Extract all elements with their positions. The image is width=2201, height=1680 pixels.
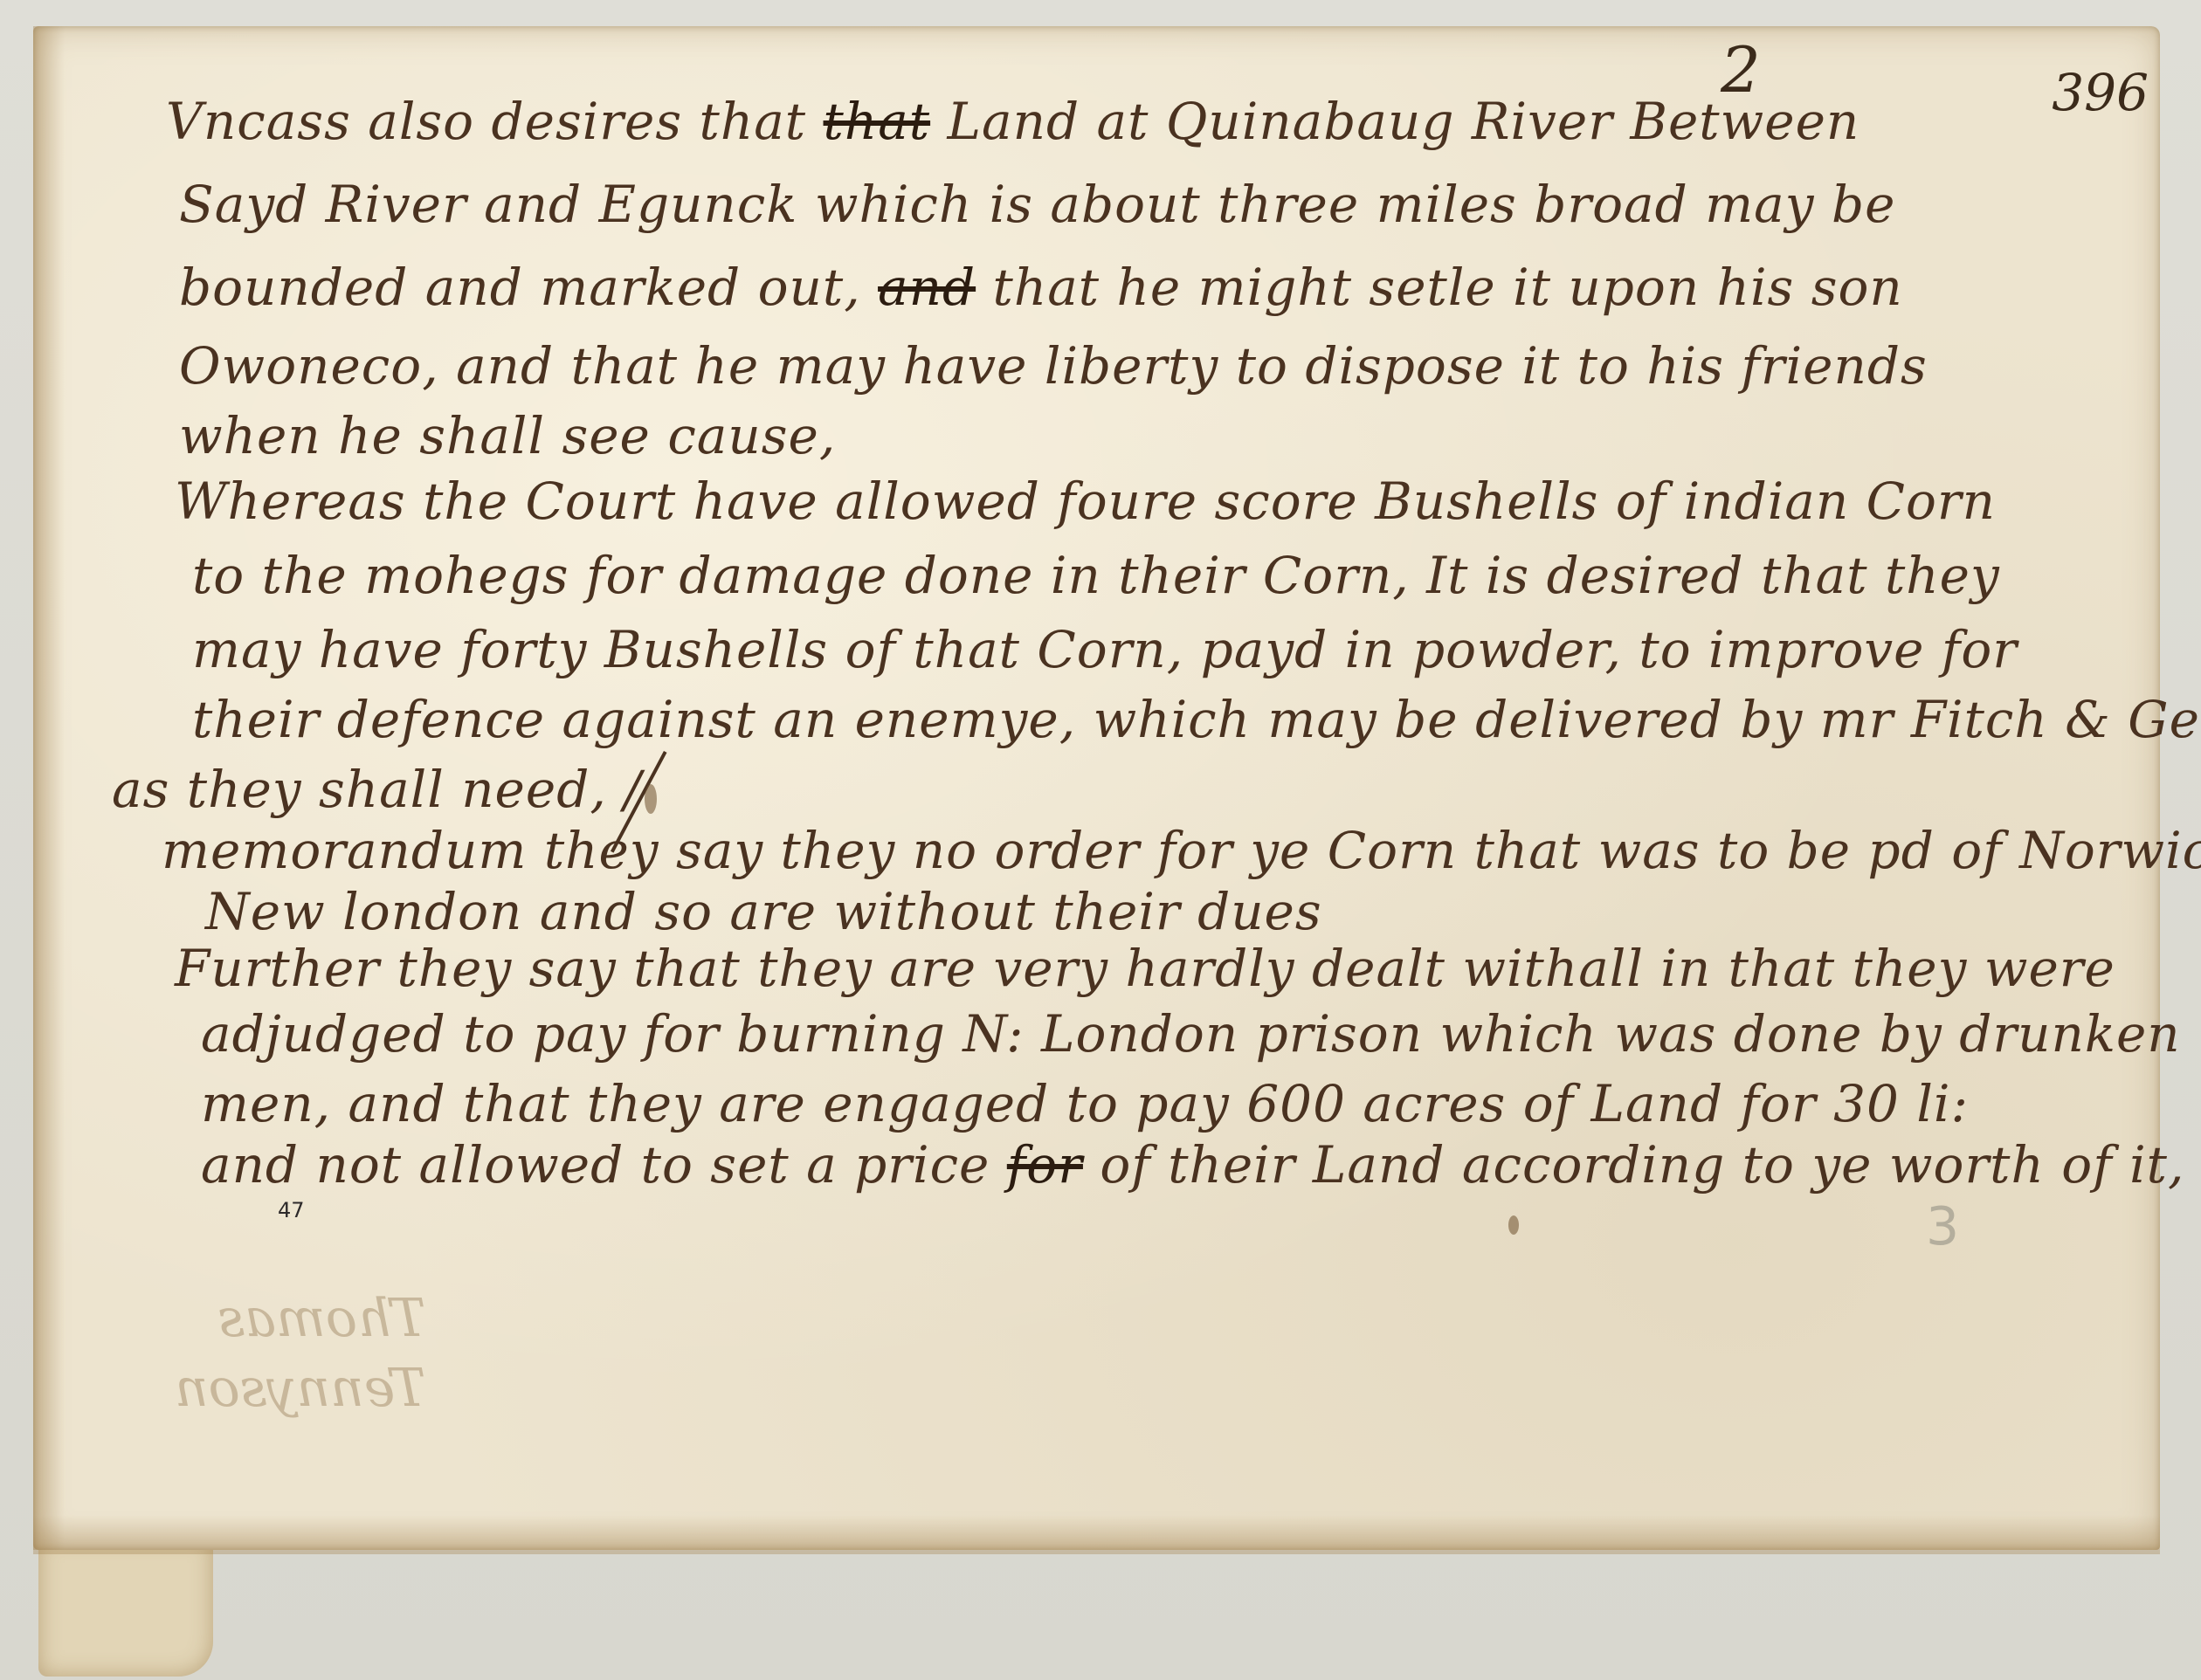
manuscript-line: their defence against an enemye, which m… — [192, 690, 2201, 749]
manuscript-line: Sayd River and Egunck which is about thr… — [179, 175, 1895, 234]
manuscript-line: when he shall see cause, — [179, 406, 836, 465]
struck-word: and — [878, 258, 976, 317]
manuscript-line: Whereas the Court have allowed foure sco… — [175, 472, 1996, 531]
manuscript-line: memorandum they say they no order for ye… — [162, 821, 2201, 880]
manuscript-line: Vncass also desires that that Land at Qu… — [166, 92, 1859, 151]
struck-word: for — [1007, 1135, 1083, 1195]
manuscript-line: Owoneco, and that he may have liberty to… — [179, 336, 1928, 396]
manuscript-line: New london and so are without their dues — [205, 882, 1322, 941]
manuscript-line: bounded and marked out, and that he migh… — [179, 258, 1903, 317]
pencil-mark: 3 — [1926, 1196, 1959, 1257]
struck-word: that — [824, 92, 931, 151]
manuscript-line: may have forty Bushells of that Corn, pa… — [192, 620, 2018, 679]
manuscript-text: Vncass also desires that that Land at Qu… — [0, 0, 2201, 1680]
manuscript-line: adjudged to pay for burning N: London pr… — [201, 1004, 2181, 1064]
manuscript-line: to the mohegs for damage done in their C… — [192, 546, 2000, 605]
manuscript-line: and not allowed to set a price for of th… — [201, 1135, 2184, 1195]
manuscript-line: Further they say that they are very hard… — [175, 939, 2115, 998]
ink-blot — [645, 784, 657, 814]
manuscript-line: men, and that they are engaged to pay 60… — [201, 1074, 1969, 1133]
archive-number: 47 — [278, 1198, 305, 1222]
ink-spot — [1508, 1215, 1519, 1235]
bleed-through-text: Thomas Tennyson — [175, 1284, 426, 1423]
manuscript-line: as they shall need, / — [112, 760, 642, 819]
